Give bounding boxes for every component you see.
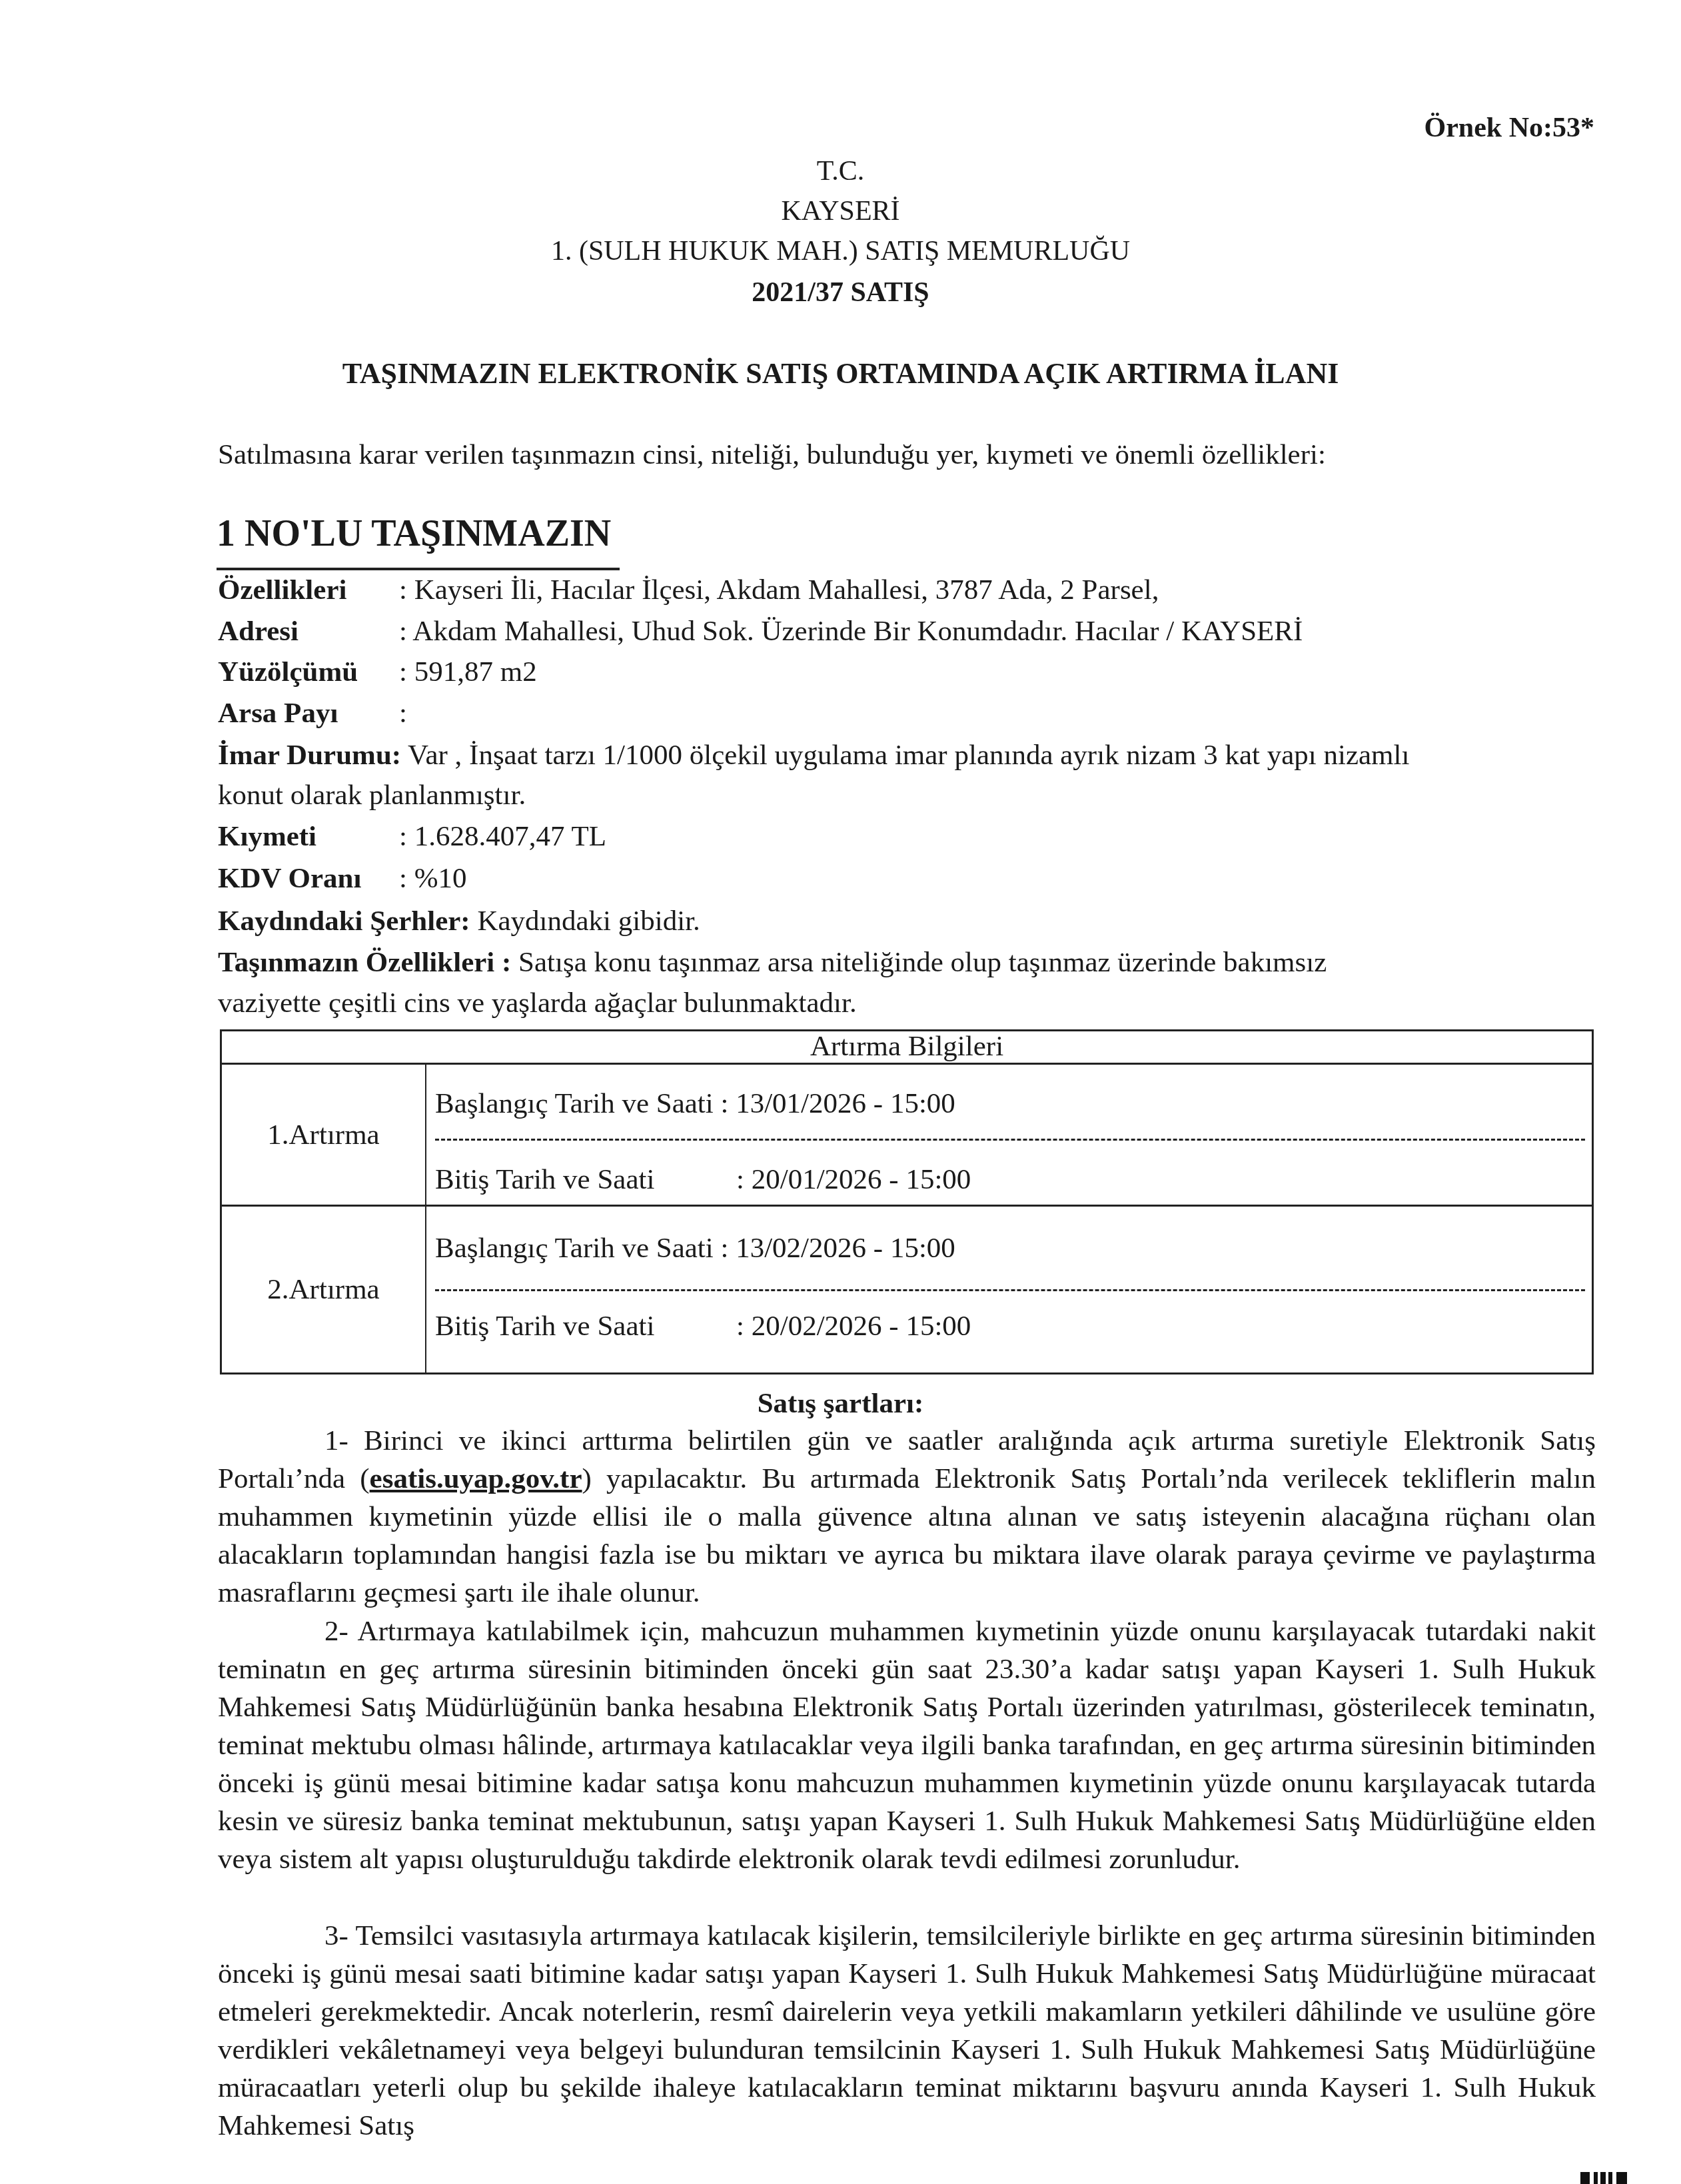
auction-row-body: Başlangıç Tarih ve Saati : 13/01/2026 - … (435, 1065, 1585, 1205)
header-state: T.C. (0, 155, 1681, 188)
auction-row-body: Başlangıç Tarih ve Saati : 13/02/2026 - … (435, 1207, 1585, 1372)
auction-info-table: Artırma Bilgileri 1.Artırma Başlangıç Ta… (220, 1029, 1594, 1374)
qr-code-icon (1580, 2172, 1627, 2184)
auction-row-label: 1.Artırma (222, 1065, 426, 1205)
field-area: Yüzölçümü: 591,87 m2 (218, 654, 537, 691)
auction-row-label: 2.Artırma (222, 1207, 426, 1372)
terms-paragraph-1: 1- Birinci ve ikinci arttırma belirtilen… (218, 1422, 1596, 1612)
field-value: Kaydındaki gibidir. (470, 905, 700, 937)
field-value: Satışa konu taşınmaz arsa niteliğinde ol… (511, 947, 1327, 978)
auction-end: Bitiş Tarih ve Saati: 20/02/2026 - 15:00 (435, 1310, 971, 1343)
field-label: Özellikleri (218, 572, 399, 609)
field-value: vaziyette çeşitli cins ve yaşlarda ağaçl… (218, 987, 857, 1019)
esatis-portal-link[interactable]: esatis.uyap.gov.tr (370, 1463, 582, 1494)
field-land-share: Arsa Payı: (218, 695, 407, 732)
field-label: Kıymeti (218, 818, 399, 855)
field-label: İmar Durumu: (218, 737, 401, 774)
field-value: konut olarak planlanmıştır. (218, 780, 526, 811)
field-label: Yüzölçümü (218, 654, 399, 691)
start-value: : 13/01/2026 - 15:00 (720, 1088, 955, 1119)
paragraph-text: 3- Temsilci vasıtasıyla artırmaya katıla… (218, 1920, 1596, 2141)
start-label: Başlangıç Tarih ve Saati (435, 1232, 714, 1265)
auction-start: Başlangıç Tarih ve Saati : 13/01/2026 - … (435, 1087, 955, 1120)
end-value: : 20/02/2026 - 15:00 (736, 1311, 971, 1342)
dashed-separator (435, 1139, 1585, 1141)
start-label: Başlangıç Tarih ve Saati (435, 1087, 714, 1120)
field-value: : %10 (399, 863, 467, 894)
end-label: Bitiş Tarih ve Saati (435, 1163, 736, 1196)
dashed-separator (435, 1289, 1585, 1291)
end-value: : 20/01/2026 - 15:00 (736, 1164, 971, 1195)
header-case-number: 2021/37 SATIŞ (0, 276, 1681, 309)
terms-paragraph-2: 2- Artırmaya katılabilmek için, mahcuzun… (218, 1612, 1596, 1878)
auction-table-header: Artırma Bilgileri (222, 1031, 1592, 1065)
field-label: Arsa Payı (218, 695, 399, 732)
end-label: Bitiş Tarih ve Saati (435, 1310, 736, 1343)
field-description: Taşınmazın Özellikleri : Satışa konu taş… (218, 944, 1327, 981)
auction-end: Bitiş Tarih ve Saati: 20/01/2026 - 15:00 (435, 1163, 971, 1196)
field-annotations: Kaydındaki Şerhler: Kaydındaki gibidir. (218, 903, 700, 940)
field-address: Adresi: Akdam Mahallesi, Uhud Sok. Üzeri… (218, 613, 1303, 650)
header-city: KAYSERİ (0, 195, 1681, 228)
field-value: : Kayseri İli, Hacılar İlçesi, Akdam Mah… (399, 574, 1159, 606)
intro-text: Satılmasına karar verilen taşınmazın cin… (218, 438, 1326, 471)
field-description-continued: vaziyette çeşitli cins ve yaşlarda ağaçl… (218, 985, 857, 1022)
field-zoning: İmar Durumu: Var , İnşaat tarzı 1/1000 ö… (218, 737, 1409, 774)
field-zoning-continued: konut olarak planlanmıştır. (218, 777, 526, 814)
field-label: Kaydındaki Şerhler: (218, 903, 470, 940)
field-value: : 591,87 m2 (399, 656, 537, 688)
field-value: : Akdam Mahallesi, Uhud Sok. Üzerinde Bi… (399, 616, 1303, 647)
field-value: : (399, 698, 407, 729)
field-features: Özellikleri: Kayseri İli, Hacılar İlçesi… (218, 572, 1159, 609)
field-value: Kıymeti: 1.628.407,47 TL (218, 818, 606, 855)
property-heading: 1 NO'LU TAŞINMAZIN (217, 512, 611, 556)
auction-start: Başlangıç Tarih ve Saati : 13/02/2026 - … (435, 1232, 955, 1265)
field-value: : 1.628.407,47 TL (399, 821, 606, 852)
header-office: 1. (SULH HUKUK MAH.) SATIŞ MEMURLUĞU (0, 235, 1681, 268)
property-heading-underline (217, 568, 620, 570)
start-value: : 13/02/2026 - 15:00 (720, 1233, 955, 1264)
field-vat: KDV Oranı: %10 (218, 860, 467, 897)
auction-row-1: 1.Artırma Başlangıç Tarih ve Saati : 13/… (222, 1065, 1592, 1207)
field-label: KDV Oranı (218, 860, 399, 897)
auction-row-2: 2.Artırma Başlangıç Tarih ve Saati : 13/… (222, 1207, 1592, 1372)
terms-heading: Satış şartları: (0, 1387, 1681, 1420)
field-label: Adresi (218, 613, 399, 650)
field-label: Taşınmazın Özellikleri : (218, 944, 511, 981)
paragraph-text: 2- Artırmaya katılabilmek için, mahcuzun… (218, 1616, 1596, 1875)
field-value: Var , İnşaat tarzı 1/1000 ölçekil uygula… (401, 740, 1409, 771)
document-title: TAŞINMAZIN ELEKTRONİK SATIŞ ORTAMINDA AÇ… (0, 356, 1681, 390)
terms-paragraph-3: 3- Temsilci vasıtasıyla artırmaya katıla… (218, 1917, 1596, 2145)
sample-number: Örnek No:53* (1424, 112, 1595, 144)
